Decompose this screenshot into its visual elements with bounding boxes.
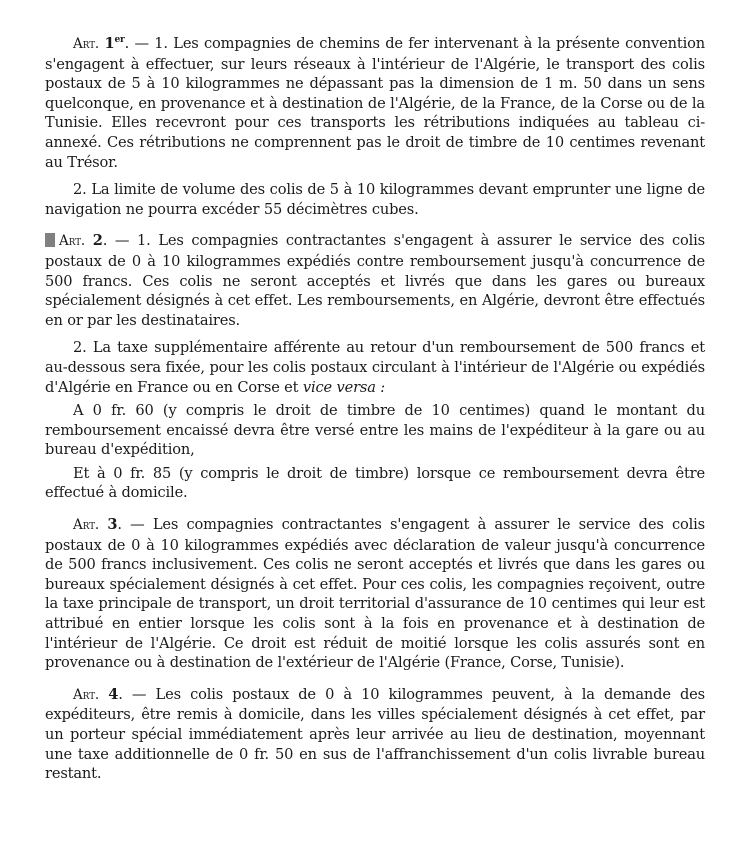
article-4-paragraph-1: Art. 4. — Les colis postaux de 0 à 10 ki… — [45, 685, 705, 784]
article-1: Art. 1er. — 1. Les compagnies de chemins… — [45, 34, 705, 219]
article-4: Art. 4. — Les colis postaux de 0 à 10 ki… — [45, 685, 705, 784]
article-1-paragraph-1: Art. 1er. — 1. Les compagnies de chemins… — [45, 34, 705, 172]
article-number: 2 — [93, 232, 103, 249]
article-1-paragraph-2: 2. La limite de volume des colis de 5 à … — [45, 180, 705, 219]
paragraph-text: A 0 fr. 60 (y compris le droit de timbre… — [45, 402, 705, 458]
article-number: 4 — [108, 686, 118, 703]
article-2-paragraph-4: Et à 0 fr. 85 (y compris le droit de tim… — [45, 464, 705, 503]
article-2: Art. 2. — 1. Les compagnies contractante… — [45, 231, 705, 503]
article-label: Art. — [73, 36, 99, 52]
article-3-paragraph-1: Art. 3. — Les compagnies contractantes s… — [45, 515, 705, 673]
article-2-paragraph-1: Art. 2. — 1. Les compagnies contractante… — [45, 231, 705, 330]
article-label: Art. — [73, 687, 99, 703]
article-label: Art. — [73, 517, 99, 533]
article-number: 1er — [104, 35, 124, 52]
paragraph-text: Les compagnies de chemins de fer interve… — [45, 35, 705, 171]
italic-text: vice versa : — [303, 379, 385, 396]
paragraph-text: Les compagnies contractantes s'engagent … — [45, 516, 705, 671]
article-label: Art. — [59, 233, 85, 249]
article-2-paragraph-3: A 0 fr. 60 (y compris le droit de timbre… — [45, 401, 705, 460]
article-number: 3 — [107, 516, 117, 533]
margin-mark-icon — [45, 233, 55, 247]
paragraph-text: La limite de volume des colis de 5 à 10 … — [45, 181, 705, 218]
article-2-paragraph-2: 2. La taxe supplémentaire afférente au r… — [45, 338, 705, 397]
document-page: Art. 1er. — 1. Les compagnies de chemins… — [45, 34, 705, 784]
paragraph-text: Et à 0 fr. 85 (y compris le droit de tim… — [45, 465, 705, 502]
article-3: Art. 3. — Les compagnies contractantes s… — [45, 515, 705, 673]
